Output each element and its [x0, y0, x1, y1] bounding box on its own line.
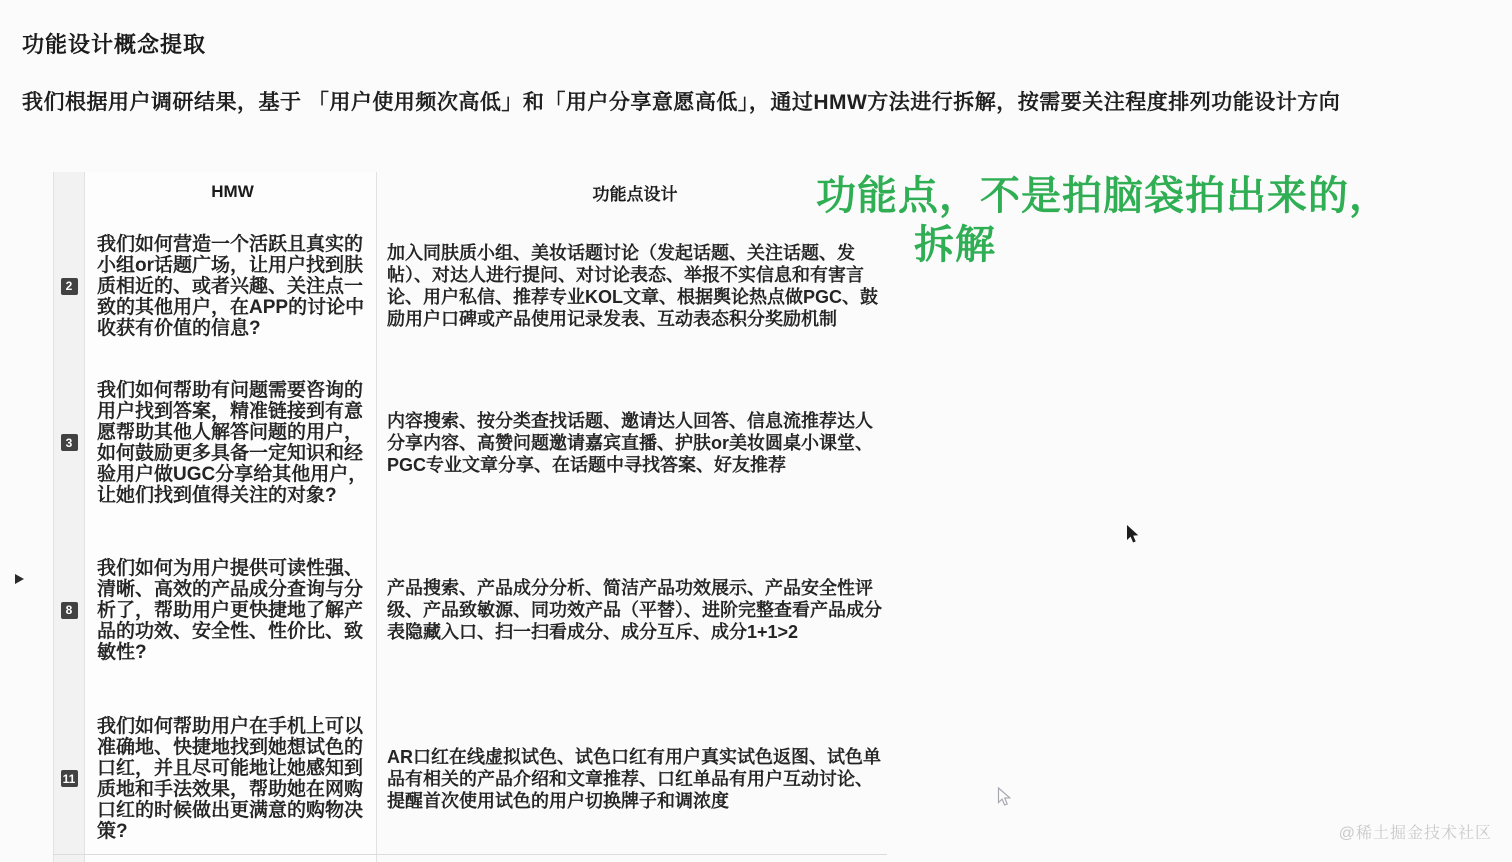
hmw-question: 我们如何营造一个活跃且真实的小组or话题广场，让用户找到肤质相近的、或者兴趣、关…: [97, 234, 368, 339]
feature-points: 内容搜索、按分类查找话题、邀请达人回答、信息流推荐达人分享内容、高赞问题邀请嘉宾…: [387, 410, 883, 476]
feature-points: 加入同肤质小组、美妆话题讨论（发起话题、关注话题、发帖）、对达人进行提问、对讨论…: [387, 242, 883, 330]
annotation-line1: 功能点，不是拍脑袋拍出来的，: [816, 174, 1390, 218]
feature-points: 产品搜索、产品成分分析、简洁产品功效展示、产品安全性评级、产品致敏源、同功效产品…: [387, 577, 883, 643]
mouse-cursor-icon: [1126, 525, 1141, 550]
handwritten-annotation: 功能点，不是拍脑袋拍出来的， 拆解: [816, 172, 1496, 270]
feature-points: AR口红在线虚拟试色、试色口红有用户真实试色返图、试色单品有相关的产品介绍和文章…: [387, 746, 883, 812]
row-number-badge: 2: [61, 278, 78, 295]
header-hmw: HMW: [85, 172, 377, 212]
table-header-row: HMW 功能点设计: [53, 172, 887, 212]
annotation-line2: 拆解: [914, 221, 1496, 270]
left-edge-arrow-icon: [15, 574, 24, 584]
hmw-question: 我们如何为用户提供可读性强、清晰、高效的产品成分查询与分析了，帮助用户更快捷地了…: [97, 558, 368, 663]
row-number-badge: 11: [61, 770, 78, 787]
table-bottom-border: [53, 854, 887, 855]
mouse-cursor-outline-icon: [997, 787, 1013, 813]
row-number-badge: 3: [61, 434, 78, 451]
row-number-badge: 8: [61, 602, 78, 619]
header-features: 功能点设计: [377, 172, 887, 212]
header-gutter-cell: [53, 172, 85, 212]
hmw-question: 我们如何帮助用户在手机上可以准确地、快捷地找到她想试色的口红，并且尽可能地让她感…: [97, 716, 368, 842]
table-row: 11 我们如何帮助用户在手机上可以准确地、快捷地找到她想试色的口红，并且尽可能地…: [53, 695, 887, 862]
hmw-feature-table: HMW 功能点设计 2 我们如何营造一个活跃且真实的小组or话题广场，让用户找到…: [53, 172, 887, 862]
hmw-question: 我们如何帮助有问题需要咨询的用户找到答案，精准链接到有意愿帮助其他人解答问题的用…: [97, 380, 368, 506]
page-subtitle: 我们根据用户调研结果，基于 「用户使用频次高低」和「用户分享意愿高低」，通过HM…: [22, 86, 1500, 116]
watermark: @稀土掘金技术社区: [1339, 820, 1492, 843]
table-row: 2 我们如何营造一个活跃且真实的小组or话题广场，让用户找到肤质相近的、或者兴趣…: [53, 212, 887, 360]
page-title: 功能设计概念提取: [22, 28, 206, 59]
table-row: 3 我们如何帮助有问题需要咨询的用户找到答案，精准链接到有意愿帮助其他人解答问题…: [53, 360, 887, 525]
table-row: 8 我们如何为用户提供可读性强、清晰、高效的产品成分查询与分析了，帮助用户更快捷…: [53, 525, 887, 695]
